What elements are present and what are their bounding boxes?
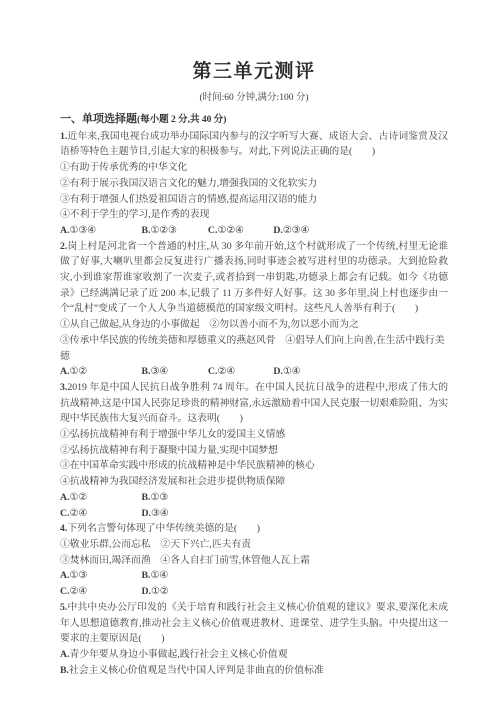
question-stem-text: 下列名言警句体现了中华传统美德的是( ): [67, 523, 260, 534]
option-value: ②④: [70, 586, 88, 597]
exam-paper-page: 第三单元测评 (时间:60 分钟,满分:100 分) 一、单项选择题(每小题 2…: [0, 0, 500, 707]
options-row: A.青少年要从身边小事做起,践行社会主义核心价值观: [60, 647, 448, 663]
option-value: ①③: [150, 492, 168, 503]
question-sub-item: ①有助于传承优秀的中华文化: [60, 160, 448, 176]
option-label: D.: [273, 366, 283, 377]
options-row: B.社会主义核心价值观是当代中国人评判是非曲直的价值标准: [60, 663, 448, 679]
option-d: D.①④: [273, 364, 300, 380]
options-row: C.②④ D.①②: [60, 584, 448, 600]
option-value: ①②④: [217, 225, 243, 236]
options-row: A.①② B.③④ C.②④ D.①④: [60, 364, 448, 380]
option-a: A.①③④: [60, 223, 139, 239]
question-stem-text: 中共中央办公厅印发的《关于培育和践行社会主义核心价值观的建议》要求,要深化未成年…: [60, 602, 448, 644]
question-sub-item: ④抗战精神为我国经济发展和社会进步提供物质保障: [60, 474, 448, 490]
option-label: C.: [60, 508, 70, 519]
section-heading-note: (每小题 2 分,共 40 分): [137, 115, 226, 125]
option-value: ①②: [70, 492, 88, 503]
question-stem: 5.中共中央办公厅印发的《关于培育和践行社会主义核心价值观的建议》要求,要深化未…: [60, 600, 448, 647]
question-stem-text: 近年来,我国电视台成功举办国际国内参与的汉字听写大赛、成语大会、古诗词鉴赏及汉语…: [60, 131, 448, 158]
option-label: A.: [60, 570, 70, 581]
option-value: ②③④: [283, 225, 309, 236]
question-block-3: 3.2019 年是中国人民抗日战争胜利 74 周年。在中国人民抗日战争的进程中,…: [60, 380, 448, 521]
exam-time-score-note: (时间:60 分钟,满分:100 分): [60, 89, 448, 103]
question-sub-item: ③在中国革命实践中形成的抗战精神是中华民族精神的核心: [60, 458, 448, 474]
option-a: A.①②: [60, 364, 139, 380]
option-label: D.: [141, 508, 151, 519]
option-label: A.: [60, 366, 70, 377]
option-d: D.①②: [141, 584, 205, 600]
question-sub-item: ②有利于展示我国汉语言文化的魅力,增强我国的文化软实力: [60, 176, 448, 192]
question-block-2: 2.岗上村是河北省一个普通的村庄,从 30 多年前开始,这个村就形成了一个传统,…: [60, 239, 448, 380]
option-label: C.: [208, 366, 218, 377]
question-block-4: 4.下列名言警句体现了中华传统美德的是( ) ①敬业乐群,公而忘私 ②天下兴亡,…: [60, 521, 448, 600]
option-c: C.②④: [60, 584, 139, 600]
question-sub-item: ②弘扬抗战精神有利于凝聚中国力量,实现中国梦想: [60, 443, 448, 459]
question-sub-item: ④不利于学生的学习,是作秀的表现: [60, 207, 448, 223]
option-a: A.①②: [60, 490, 139, 506]
question-stem: 3.2019 年是中国人民抗日战争胜利 74 周年。在中国人民抗日战争的进程中,…: [60, 380, 448, 427]
question-block-5: 5.中共中央办公厅印发的《关于培育和践行社会主义核心价值观的建议》要求,要深化未…: [60, 600, 448, 679]
option-b: B.①④: [141, 568, 205, 584]
options-row: A.①③④ B.①②③ C.①②④ D.②③④: [60, 223, 448, 239]
option-c: C.②④: [60, 506, 139, 522]
option-label: C.: [208, 225, 218, 236]
option-c: C.②④: [208, 364, 271, 380]
option-value: ①②: [70, 366, 88, 377]
option-label: B.: [60, 665, 69, 676]
option-a: A.①③: [60, 568, 139, 584]
option-a: A.青少年要从身边小事做起,践行社会主义核心价值观: [60, 647, 288, 663]
section-heading: 一、单项选择题(每小题 2 分,共 40 分): [60, 112, 448, 129]
option-label: D.: [141, 586, 151, 597]
question-sub-item: ③有利于增强人们热爱祖国语言的情感,提高运用汉语的能力: [60, 192, 448, 208]
options-row: A.①② B.①③: [60, 490, 448, 506]
option-label: A.: [60, 225, 70, 236]
section-heading-title: 一、单项选择题: [60, 113, 137, 125]
option-b: B.社会主义核心价值观是当代中国人评判是非曲直的价值标准: [60, 663, 324, 679]
question-sub-item: ③焚林而田,竭泽而渔 ④各人自扫门前雪,休管他人瓦上霜: [60, 553, 448, 569]
options-row: A.①③ B.①④: [60, 568, 448, 584]
option-value: ③④: [150, 366, 168, 377]
option-value: ①④: [283, 366, 301, 377]
option-label: A.: [60, 649, 70, 660]
option-value: ②④: [70, 508, 88, 519]
option-d: D.③④: [141, 506, 205, 522]
question-sub-item: ③传承中华民族的传统美德和厚德重义的燕赵风骨 ④倡导人们向上向善,在生活中践行美…: [60, 333, 448, 364]
option-value: ①②: [151, 586, 169, 597]
option-d: D.②③④: [273, 223, 309, 239]
option-label: A.: [60, 492, 70, 503]
question-stem: 1.近年来,我国电视台成功举办国际国内参与的汉字听写大赛、成语大会、古诗词鉴赏及…: [60, 129, 448, 160]
option-value: ①④: [150, 570, 168, 581]
option-value: ①③: [70, 570, 88, 581]
option-value: ①③④: [70, 225, 96, 236]
option-value: ③④: [151, 508, 169, 519]
option-b: B.①③: [141, 490, 205, 506]
question-stem-text: 2019 年是中国人民抗日战争胜利 74 周年。在中国人民抗日战争的进程中,形成…: [60, 382, 448, 424]
option-label: D.: [273, 225, 283, 236]
options-row: C.②④ D.③④: [60, 506, 448, 522]
question-sub-item: ①敬业乐群,公而忘私 ②天下兴亡,匹夫有责: [60, 537, 448, 553]
question-stem: 2.岗上村是河北省一个普通的村庄,从 30 多年前开始,这个村就形成了一个传统,…: [60, 239, 448, 318]
question-block-1: 1.近年来,我国电视台成功举办国际国内参与的汉字听写大赛、成语大会、古诗词鉴赏及…: [60, 129, 448, 239]
option-b: B.③④: [141, 364, 205, 380]
question-stem-text: 岗上村是河北省一个普通的村庄,从 30 多年前开始,这个村就形成了一个传统,村里…: [60, 241, 448, 315]
option-value: 社会主义核心价值观是当代中国人评判是非曲直的价值标准: [69, 665, 324, 676]
option-label: C.: [60, 586, 70, 597]
option-value: ②④: [217, 366, 235, 377]
option-value: 青少年要从身边小事做起,践行社会主义核心价值观: [70, 649, 288, 660]
option-b: B.①②③: [141, 223, 205, 239]
option-value: ①②③: [150, 225, 176, 236]
option-c: C.①②④: [208, 223, 271, 239]
question-stem: 4.下列名言警句体现了中华传统美德的是( ): [60, 521, 448, 537]
page-title: 第三单元测评: [60, 56, 448, 83]
question-sub-item: ①从自己做起,从身边的小事做起 ②勿以善小而不为,勿以恶小而为之: [60, 317, 448, 333]
question-sub-item: ①弘扬抗战精神有利于增强中华儿女的爱国主义情感: [60, 427, 448, 443]
